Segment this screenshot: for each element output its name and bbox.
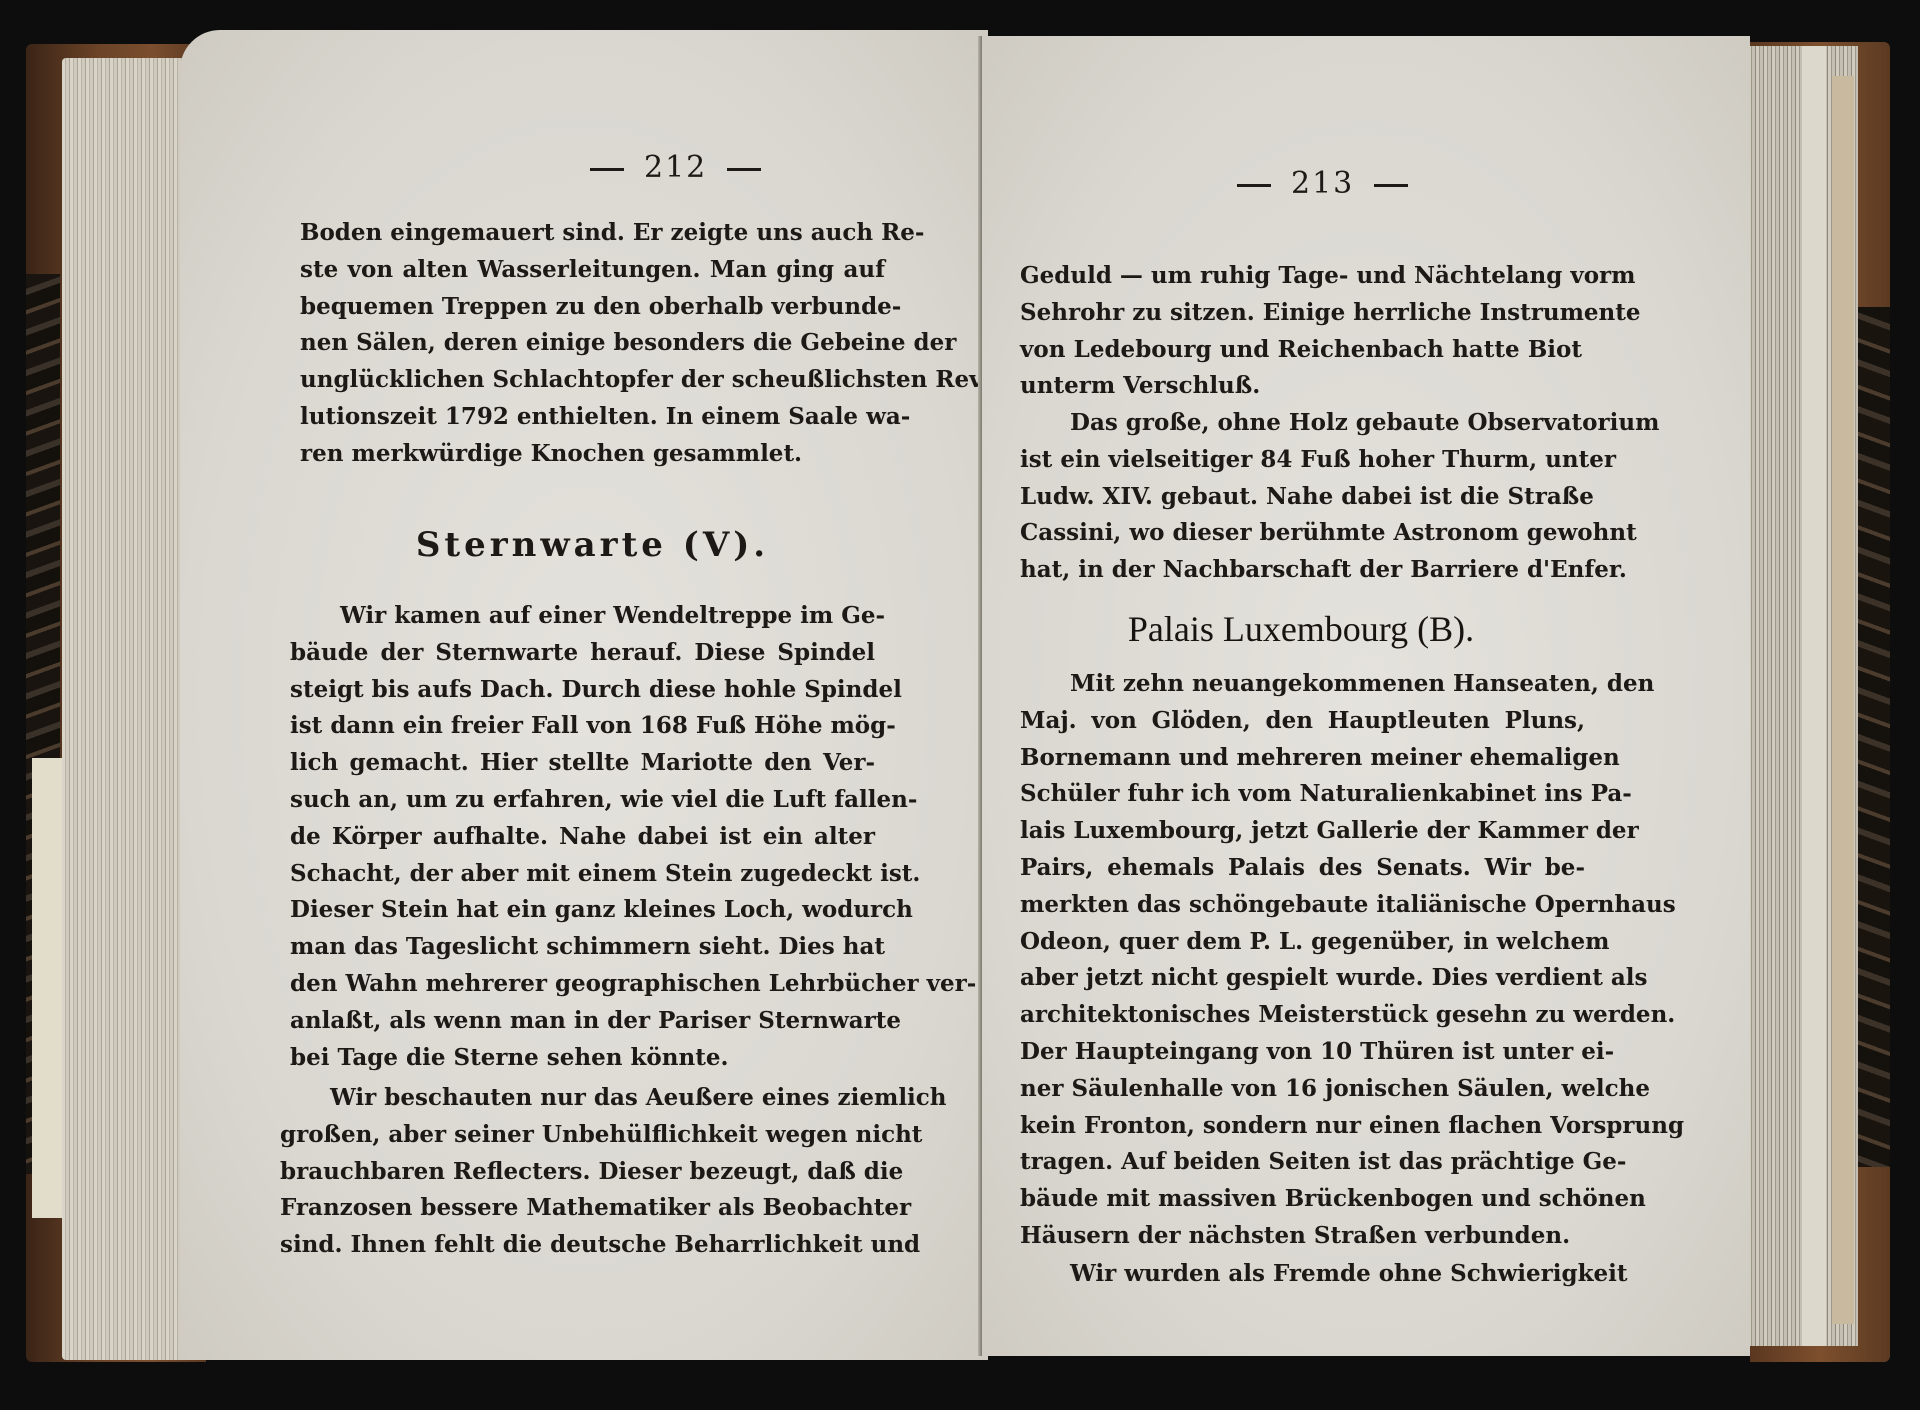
- text-line: de Körper aufhalte. Nahe dabei ist ein a…: [290, 819, 875, 856]
- text-line: nen Sälen, deren einige besonders die Ge…: [300, 325, 885, 362]
- text-line: von Ledebourg und Reichenbach hatte Biot: [1020, 332, 1582, 369]
- page-number-text: 213: [1291, 166, 1354, 201]
- dash: [590, 168, 624, 171]
- page-number-left: 212: [570, 150, 781, 185]
- section-heading-palais-luxembourg: Palais Luxembourg (B).: [1020, 608, 1582, 650]
- page-edge-band: [1832, 76, 1854, 1324]
- page-number-text: 212: [644, 150, 707, 185]
- text-line: Häusern der nächsten Straßen verbunden.: [1020, 1218, 1585, 1255]
- left-text-top: Boden eingemauert sind. Er zeigte uns au…: [300, 215, 885, 473]
- right-paragraph-2: Das große, ohne Holz gebaute Observatori…: [1020, 405, 1582, 589]
- text-line: Der Haupteingang von 10 Thüren ist unter…: [1020, 1034, 1585, 1071]
- text-line: architektonisches Meisterstück gesehn zu…: [1020, 997, 1585, 1034]
- text-line: Dieser Stein hat ein ganz kleines Loch, …: [290, 892, 875, 929]
- page-number-right: 213: [1217, 166, 1428, 201]
- text-line: ist ein vielseitiger 84 Fuß hoher Thurm,…: [1020, 442, 1582, 479]
- text-line: ist dann ein freier Fall von 168 Fuß Höh…: [290, 708, 875, 745]
- text-line: ren merkwürdige Knochen gesammlet.: [300, 436, 885, 473]
- right-page: 213 Geduld — um ruhig Tage- und Nächtela…: [982, 36, 1750, 1356]
- text-line: unglücklichen Schlachtopfer der scheußli…: [300, 362, 885, 399]
- page-edges-right: [1740, 46, 1858, 1346]
- text-line: bäude mit massiven Brückenbogen und schö…: [1020, 1181, 1585, 1218]
- dash: [1374, 184, 1408, 187]
- text-line: Ludw. XIV. gebaut. Nahe dabei ist die St…: [1020, 479, 1582, 516]
- text-line: brauchbaren Reflecters. Dieser bezeugt, …: [280, 1154, 870, 1191]
- text-line: lich gemacht. Hier stellte Mariotte den …: [290, 745, 875, 782]
- page-edge-band: [1802, 46, 1826, 1346]
- section-heading-sternwarte: Sternwarte (V).: [300, 525, 885, 565]
- right-paragraph-4: Wir wurden als Fremde ohne Schwierigkeit: [1020, 1256, 1585, 1293]
- text-line: Das große, ohne Holz gebaute Observatori…: [1020, 405, 1582, 442]
- text-line: kein Fronton, sondern nur einen flachen …: [1020, 1108, 1585, 1145]
- text-line: man das Tageslicht schimmern sieht. Dies…: [290, 929, 875, 966]
- text-line: Wir wurden als Fremde ohne Schwierigkeit: [1020, 1256, 1585, 1293]
- text-line: Wir beschauten nur das Aeußere eines zie…: [280, 1080, 870, 1117]
- text-line: bäude der Sternwarte herauf. Diese Spind…: [290, 635, 875, 672]
- text-line: Sehrohr zu sitzen. Einige herrliche Inst…: [1020, 295, 1582, 332]
- left-paragraph-1: Wir kamen auf einer Wendeltreppe im Ge- …: [290, 598, 875, 1076]
- dash: [1237, 184, 1271, 187]
- flyleaf: [32, 758, 62, 1218]
- text-line: Geduld — um ruhig Tage- und Nächtelang v…: [1020, 258, 1582, 295]
- text-line: den Wahn mehrerer geographischen Lehrbüc…: [290, 966, 875, 1003]
- text-line: Pairs, ehemals Palais des Senats. Wir be…: [1020, 850, 1585, 887]
- text-line: sind. Ihnen fehlt die deutsche Beharrlic…: [280, 1227, 870, 1264]
- text-line: unterm Verschluß.: [1020, 368, 1582, 405]
- text-line: Odeon, quer dem P. L. gegenüber, in welc…: [1020, 924, 1585, 961]
- text-line: Schacht, der aber mit einem Stein zugede…: [290, 856, 875, 893]
- left-paragraph-2: Wir beschauten nur das Aeußere eines zie…: [280, 1080, 870, 1264]
- text-line: Cassini, wo dieser berühmte Astronom gew…: [1020, 515, 1582, 552]
- right-paragraph-3: Mit zehn neuangekommenen Hanseaten, den …: [1020, 666, 1585, 1255]
- text-line: Wir kamen auf einer Wendeltreppe im Ge-: [290, 598, 875, 635]
- text-line: lais Luxembourg, jetzt Gallerie der Kamm…: [1020, 813, 1585, 850]
- text-line: großen, aber seiner Unbehülflichkeit weg…: [280, 1117, 870, 1154]
- text-line: lutionszeit 1792 enthielten. In einem Sa…: [300, 399, 885, 436]
- text-line: Maj. von Glöden, den Hauptleuten Pluns,: [1020, 703, 1585, 740]
- text-line: tragen. Auf beiden Seiten ist das prächt…: [1020, 1144, 1585, 1181]
- text-line: hat, in der Nachbarschaft der Barriere d…: [1020, 552, 1582, 589]
- text-line: anlaßt, als wenn man in der Pariser Ster…: [290, 1003, 875, 1040]
- text-line: such an, um zu erfahren, wie viel die Lu…: [290, 782, 875, 819]
- text-line: ste von alten Wasserleitungen. Man ging …: [300, 252, 885, 289]
- text-line: Boden eingemauert sind. Er zeigte uns au…: [300, 215, 885, 252]
- text-line: bei Tage die Sterne sehen könnte.: [290, 1040, 875, 1077]
- text-line: steigt bis aufs Dach. Durch diese hohle …: [290, 672, 875, 709]
- text-line: ner Säulenhalle von 16 jonischen Säulen,…: [1020, 1071, 1585, 1108]
- dash: [727, 168, 761, 171]
- text-line: aber jetzt nicht gespielt wurde. Dies ve…: [1020, 960, 1585, 997]
- text-line: Franzosen bessere Mathematiker als Beoba…: [280, 1190, 870, 1227]
- text-line: bequemen Treppen zu den oberhalb verbund…: [300, 289, 885, 326]
- left-page: 212 Boden eingemauert sind. Er zeigte un…: [180, 30, 988, 1360]
- text-line: Schüler fuhr ich vom Naturalienkabinet i…: [1020, 776, 1585, 813]
- text-line: merkten das schöngebaute italiänische Op…: [1020, 887, 1585, 924]
- text-line: Bornemann und mehreren meiner ehemaligen: [1020, 740, 1585, 777]
- text-line: Mit zehn neuangekommenen Hanseaten, den: [1020, 666, 1585, 703]
- right-paragraph-1: Geduld — um ruhig Tage- und Nächtelang v…: [1020, 258, 1582, 405]
